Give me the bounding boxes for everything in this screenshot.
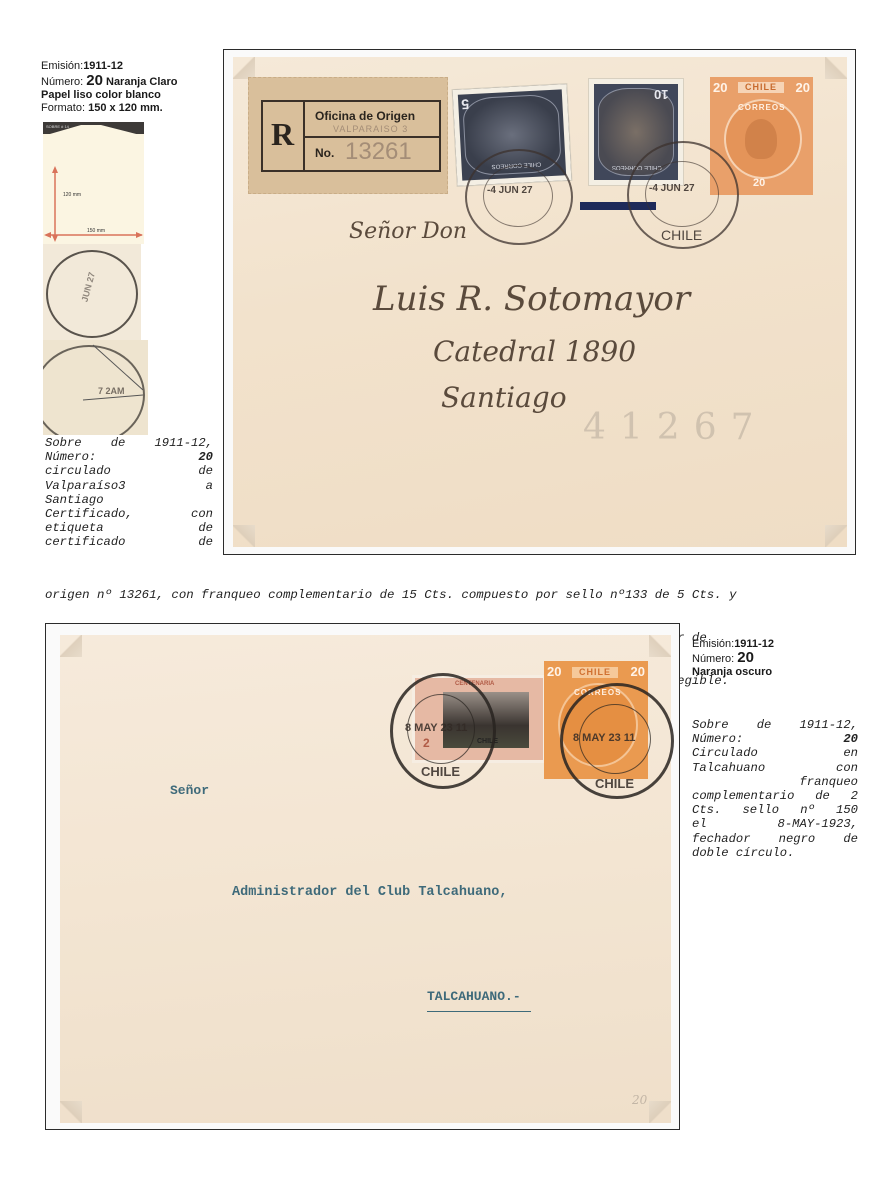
registration-number: 13261 (345, 138, 412, 166)
address-line-3: Catedral 1890 (433, 335, 636, 368)
emision-line: Emisión:1911-12 (692, 638, 862, 651)
postmark-talcahuano-1: 8 MAY 23 11 CHILE (390, 673, 496, 789)
pencil-note: 41267 (583, 407, 768, 448)
pencil-note-2: 20 (632, 1093, 647, 1107)
item2-description: Sobrede1911-12, Número:20 Circuladoen Ta… (692, 718, 858, 860)
office-label: Oficina de Origen (315, 109, 415, 123)
backstamp-detail-certificados: 7 2AM (43, 340, 148, 435)
numero-line: Número: 20 Naranja Claro (41, 74, 221, 89)
city: TALCAHUANO.- (427, 989, 521, 1004)
address-line-1: Señor Don (349, 219, 467, 244)
item1-description-side: Sobrede1911-12, Número:20 circuladode Va… (45, 436, 213, 550)
addressee: Administrador del Club Talcahuano, (232, 885, 507, 900)
item1-cover-frame: R Oficina de Origen VALPARAISO 3 No. 132… (223, 49, 856, 555)
item2-info: Emisión:1911-12 Número: 20 Naranja oscur… (692, 638, 862, 679)
registration-label: R Oficina de Origen VALPARAISO 3 No. 132… (248, 77, 448, 194)
numero-line: Número: 20 (692, 651, 862, 666)
diagram-tag: SOBRE # 14 (46, 124, 69, 129)
item1-info: Emisión:1911-12 Número: 20 Naranja Claro… (41, 60, 221, 115)
postmark-valparaiso-2: -4 JUN 27 CHILE (627, 141, 739, 249)
city-underline (427, 1011, 531, 1012)
emision-line: Emisión:1911-12 (41, 60, 221, 73)
postmark-valparaiso-1: -4 JUN 27 (465, 149, 573, 245)
envelope-format-diagram: SOBRE # 14 120 mm 150 mm (43, 122, 144, 244)
diagram-width-label: 150 mm (87, 228, 105, 234)
registration-letter: R (271, 116, 294, 153)
salutation: Señor (170, 783, 209, 798)
backstamp-detail-carteros: JUN 27 (43, 244, 141, 340)
address-line-4: Santiago (441, 381, 567, 414)
registration-no-label: No. (315, 146, 334, 160)
item2-cover-frame: CENTENARIA 2 CHILE 20 20 CHILE CORREOS 8… (45, 623, 680, 1130)
diagram-height-label: 120 mm (63, 192, 81, 198)
color-line: Naranja oscuro (692, 666, 862, 679)
address-line-2: Luis R. Sotomayor (373, 279, 690, 319)
postmark-talcahuano-2: 8 MAY 23 11 CHILE (560, 683, 674, 799)
item2-cover: CENTENARIA 2 CHILE 20 20 CHILE CORREOS 8… (60, 635, 671, 1123)
formato-line: Formato: 150 x 120 mm. (41, 102, 221, 115)
item1-cover: R Oficina de Origen VALPARAISO 3 No. 132… (233, 57, 847, 547)
envelope-flap-shape (43, 122, 144, 244)
paper-line: Papel liso color blanco (41, 89, 221, 102)
office-stamp: VALPARAISO 3 (333, 124, 408, 134)
